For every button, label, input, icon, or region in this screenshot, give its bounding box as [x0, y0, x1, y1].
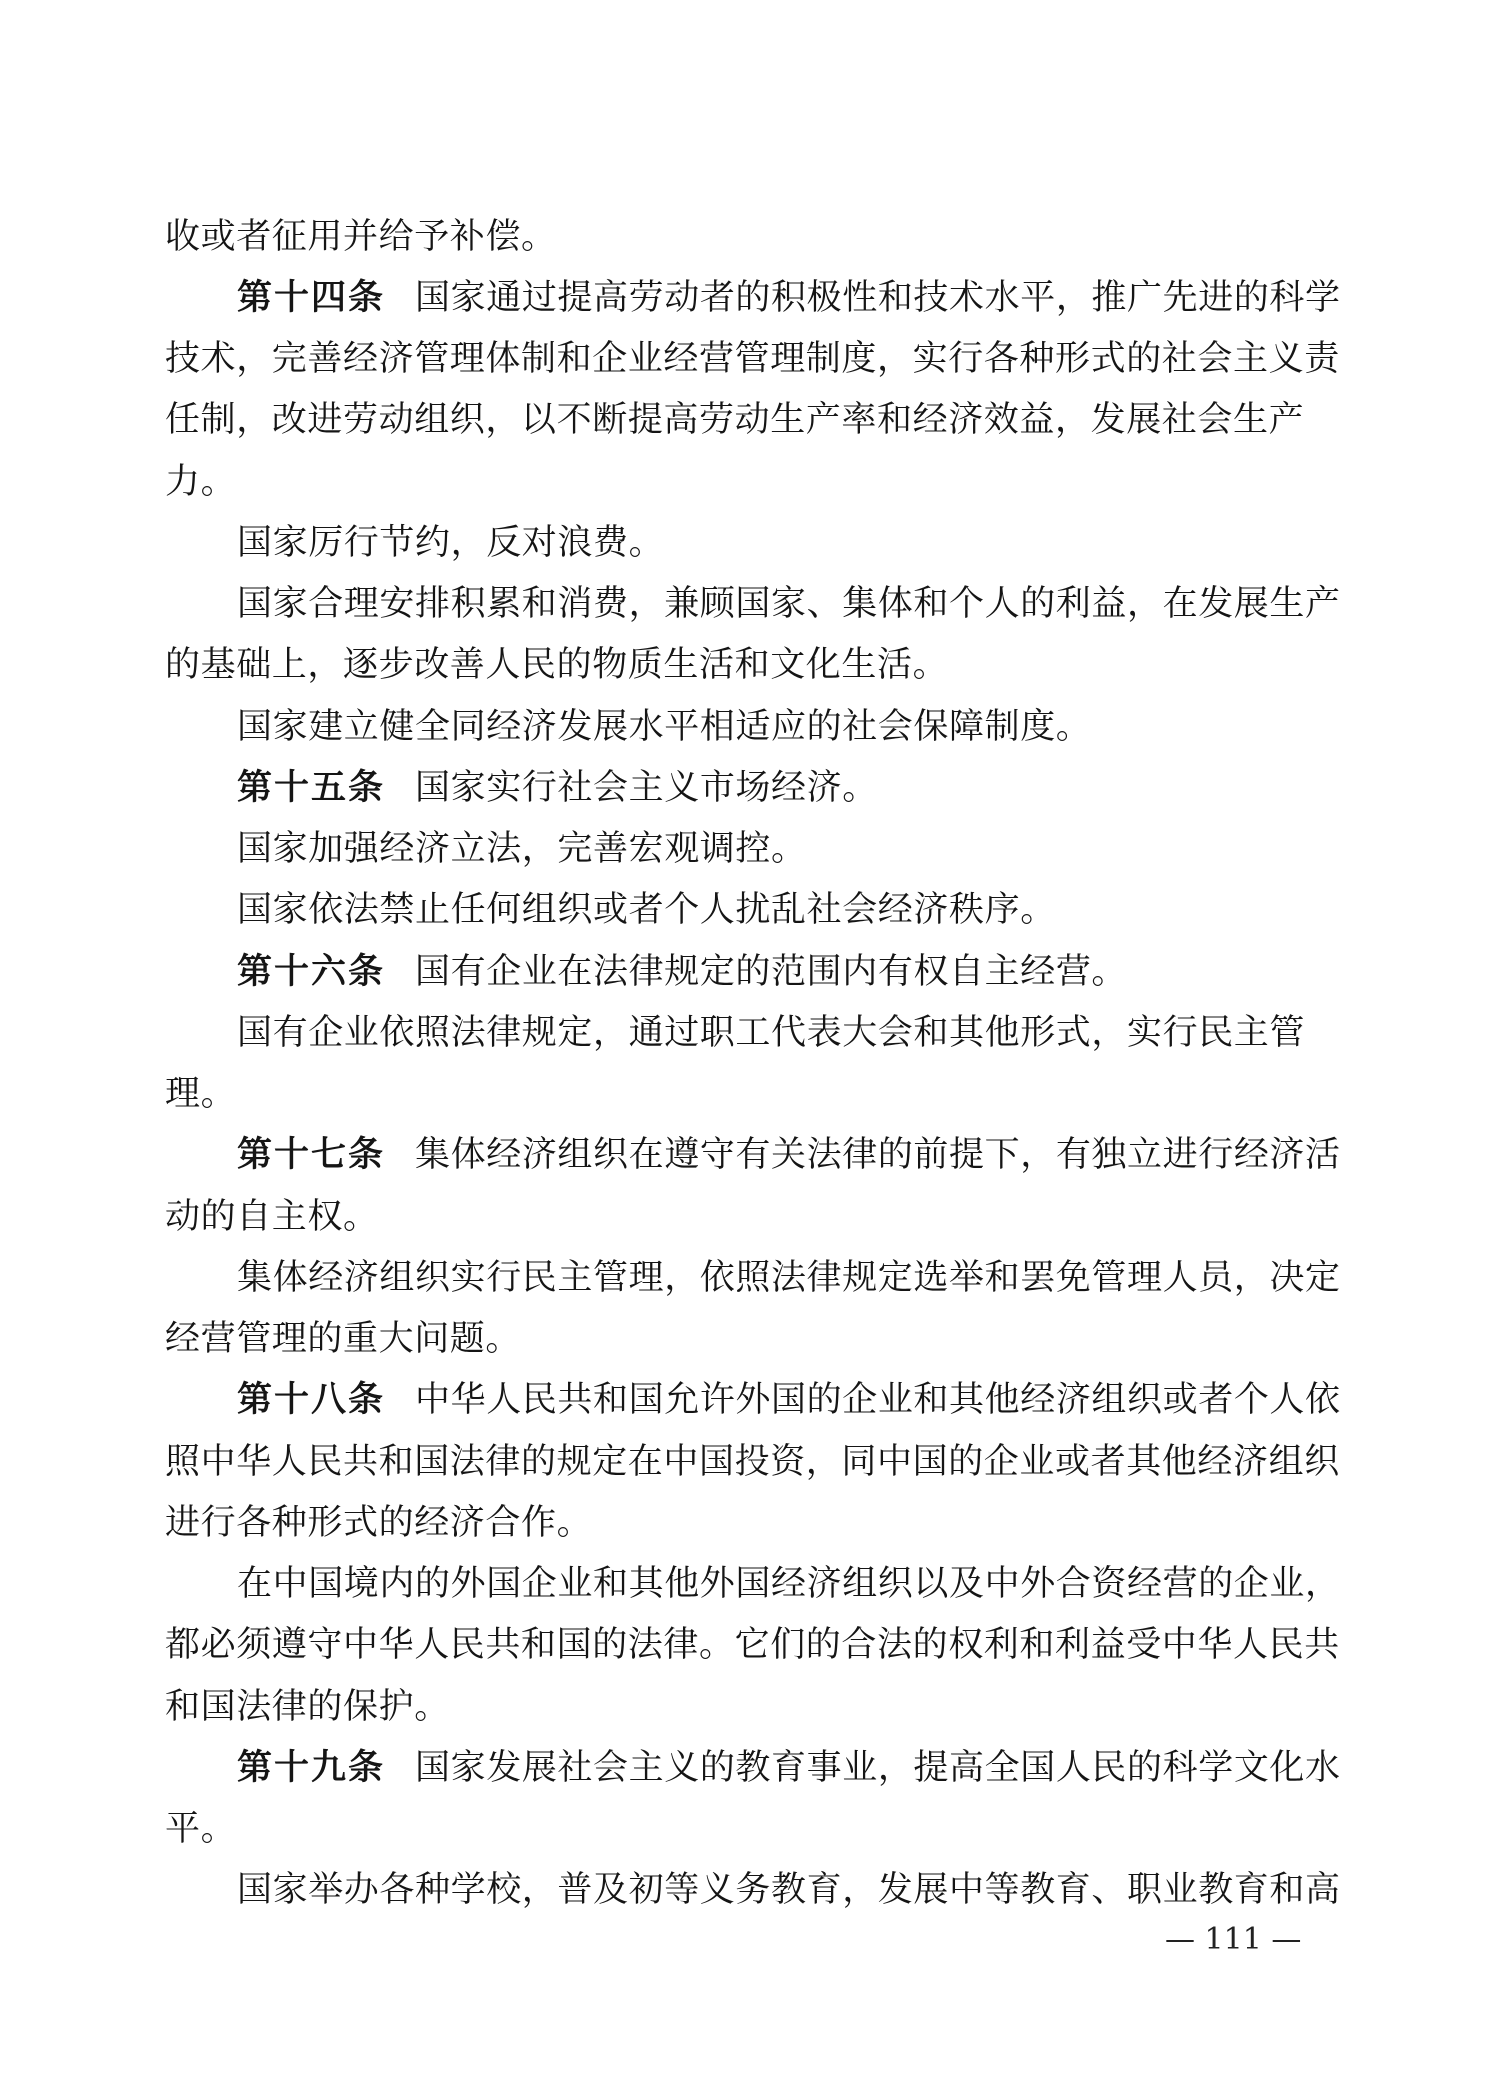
- line-text: 的基础上，逐步改善人民的物质生活和文化生活。: [165, 645, 948, 685]
- article-number: 第十五条: [237, 768, 385, 808]
- text-line: 国家合理安排积累和消费，兼顾国家、集体和个人的利益，在发展生产: [237, 582, 1407, 626]
- article-number: 第十六条: [237, 952, 385, 992]
- line-text: 动的自主权。: [165, 1197, 379, 1237]
- line-text: 任制，改进劳动组织，以不断提高劳动生产率和经济效益，发展社会生产: [165, 400, 1304, 440]
- text-line: 国家加强经济立法，完善宏观调控。: [237, 827, 1407, 871]
- text-line: 第十七条集体经济组织在遵守有关法律的前提下，有独立进行经济活: [237, 1133, 1407, 1177]
- text-line: 进行各种形式的经济合作。: [165, 1501, 1335, 1545]
- text-line: 国家厉行节约，反对浪费。: [237, 521, 1407, 565]
- line-text: 国家发展社会主义的教育事业，提高全国人民的科学文化水: [415, 1748, 1341, 1788]
- text-line: 的基础上，逐步改善人民的物质生活和文化生活。: [165, 643, 1335, 687]
- line-text: 国家厉行节约，反对浪费。: [237, 523, 664, 563]
- text-line: 力。: [165, 460, 1335, 504]
- line-text: 国家依法禁止任何组织或者个人扰乱社会经济秩序。: [237, 890, 1056, 930]
- article-number: 第十八条: [237, 1380, 385, 1420]
- text-line: 收或者征用并给予补偿。: [165, 215, 1335, 259]
- page-number: — 111 —: [1165, 1922, 1301, 1958]
- article-number: 第十七条: [237, 1135, 385, 1175]
- line-text: 集体经济组织实行民主管理，依照法律规定选举和罢免管理人员，决定: [237, 1258, 1341, 1298]
- line-text: 照中华人民共和国法律的规定在中国投资，同中国的企业或者其他经济组织: [165, 1442, 1340, 1482]
- text-line: 第十八条中华人民共和国允许外国的企业和其他经济组织或者个人依: [237, 1378, 1407, 1422]
- text-line: 理。: [165, 1072, 1335, 1116]
- article-number: 第十四条: [237, 278, 385, 318]
- line-text: 和国法律的保护。: [165, 1687, 450, 1727]
- article-number: 第十九条: [237, 1748, 385, 1788]
- text-line: 在中国境内的外国企业和其他外国经济组织以及中外合资经营的企业，: [237, 1562, 1407, 1606]
- text-line: 照中华人民共和国法律的规定在中国投资，同中国的企业或者其他经济组织: [165, 1440, 1335, 1484]
- line-text: 国有企业在法律规定的范围内有权自主经营。: [415, 952, 1127, 992]
- text-line: 第十五条国家实行社会主义市场经济。: [237, 766, 1407, 810]
- line-text: 集体经济组织在遵守有关法律的前提下，有独立进行经济活: [415, 1135, 1341, 1175]
- line-text: 理。: [165, 1074, 236, 1114]
- text-line: 都必须遵守中华人民共和国的法律。它们的合法的权利和利益受中华人民共: [165, 1623, 1335, 1667]
- text-line: 经营管理的重大问题。: [165, 1317, 1335, 1361]
- line-text: 国家实行社会主义市场经济。: [415, 768, 878, 808]
- line-text: 进行各种形式的经济合作。: [165, 1503, 592, 1543]
- line-text: 中华人民共和国允许外国的企业和其他经济组织或者个人依: [415, 1380, 1341, 1420]
- text-line: 国有企业依照法律规定，通过职工代表大会和其他形式，实行民主管: [237, 1011, 1407, 1055]
- line-text: 在中国境内的外国企业和其他外国经济组织以及中外合资经营的企业，: [237, 1564, 1341, 1604]
- line-text: 国家合理安排积累和消费，兼顾国家、集体和个人的利益，在发展生产: [237, 584, 1341, 624]
- text-line: 国家依法禁止任何组织或者个人扰乱社会经济秩序。: [237, 888, 1407, 932]
- text-line: 平。: [165, 1807, 1335, 1851]
- text-line: 第十六条国有企业在法律规定的范围内有权自主经营。: [237, 950, 1407, 994]
- line-text: 经营管理的重大问题。: [165, 1319, 521, 1359]
- text-line: 国家举办各种学校，普及初等义务教育，发展中等教育、职业教育和高: [237, 1868, 1407, 1912]
- text-line: 动的自主权。: [165, 1195, 1335, 1239]
- line-text: 国有企业依照法律规定，通过职工代表大会和其他形式，实行民主管: [237, 1013, 1305, 1053]
- text-line: 技术，完善经济管理体制和企业经营管理制度，实行各种形式的社会主义责: [165, 337, 1335, 381]
- line-text: 力。: [165, 462, 236, 502]
- line-text: 技术，完善经济管理体制和企业经营管理制度，实行各种形式的社会主义责: [165, 339, 1340, 379]
- text-line: 任制，改进劳动组织，以不断提高劳动生产率和经济效益，发展社会生产: [165, 398, 1335, 442]
- line-text: 国家加强经济立法，完善宏观调控。: [237, 829, 807, 869]
- text-line: 集体经济组织实行民主管理，依照法律规定选举和罢免管理人员，决定: [237, 1256, 1407, 1300]
- line-text: 国家通过提高劳动者的积极性和技术水平，推广先进的科学: [415, 278, 1341, 318]
- text-line: 第十九条国家发展社会主义的教育事业，提高全国人民的科学文化水: [237, 1746, 1407, 1790]
- line-text: 平。: [165, 1809, 236, 1849]
- text-line: 和国法律的保护。: [165, 1685, 1335, 1729]
- line-text: 国家建立健全同经济发展水平相适应的社会保障制度。: [237, 707, 1091, 747]
- document-page: 收或者征用并给予补偿。 第十四条国家通过提高劳动者的积极性和技术水平，推广先进的…: [0, 0, 1488, 2090]
- text-line: 第十四条国家通过提高劳动者的积极性和技术水平，推广先进的科学: [237, 276, 1407, 320]
- line-text: 都必须遵守中华人民共和国的法律。它们的合法的权利和利益受中华人民共: [165, 1625, 1340, 1665]
- line-text: 收或者征用并给予补偿。: [165, 217, 557, 257]
- text-line: 国家建立健全同经济发展水平相适应的社会保障制度。: [237, 705, 1407, 749]
- line-text: 国家举办各种学校，普及初等义务教育，发展中等教育、职业教育和高: [237, 1870, 1341, 1910]
